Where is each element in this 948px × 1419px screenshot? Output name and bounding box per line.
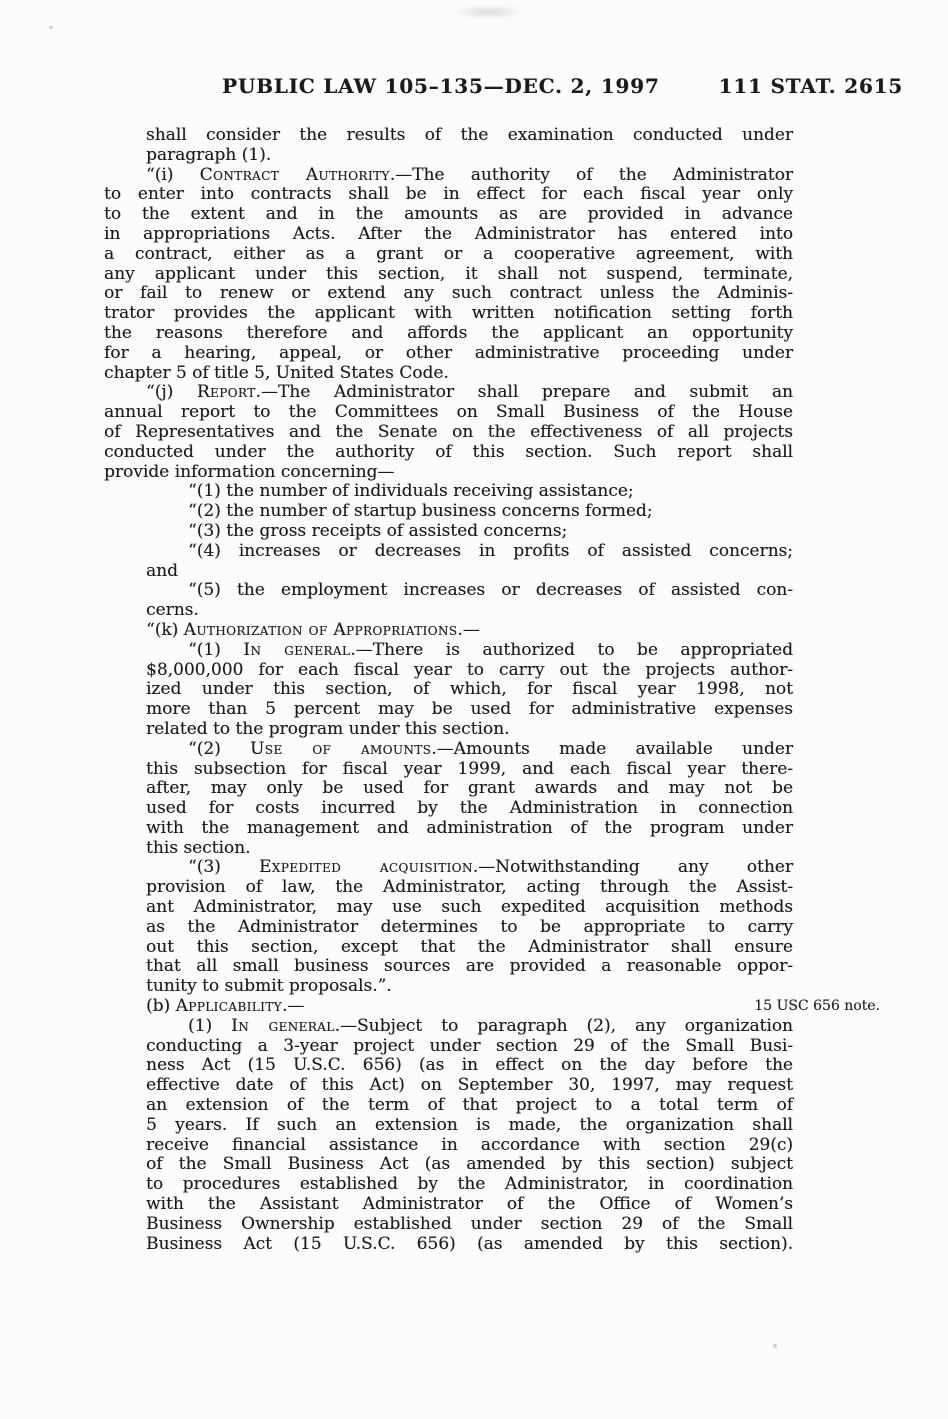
statute-line: to procedures established by the Adminis…: [146, 1175, 793, 1195]
text-run: that all small business sources are prov…: [146, 956, 793, 976]
statute-page: PUBLIC LAW 105–135—DEC. 2, 1997 111 STAT…: [0, 0, 948, 1419]
statute-line: annual report to the Committees on Small…: [104, 403, 793, 423]
text-run: “(1): [188, 640, 243, 660]
statute-line: provide information concerning—: [104, 463, 793, 483]
small-caps-heading: Contract Authority: [200, 165, 390, 185]
statute-line: that all small business sources are prov…: [146, 957, 793, 977]
small-caps-heading: In general: [231, 1016, 335, 1036]
text-run: as the Administrator determines to be ap…: [146, 917, 793, 937]
text-run: this subsection for fiscal year 1999, an…: [146, 759, 793, 779]
scan-smudge: [452, 5, 526, 19]
statute-line: $8,000,000 for each fiscal year to carry…: [146, 661, 793, 681]
statute-line: “(2) Use of amounts.—Amounts made availa…: [188, 740, 793, 760]
text-run: receive financial assistance in accordan…: [146, 1135, 793, 1155]
statute-line: used for costs incurred by the Administr…: [146, 799, 793, 819]
text-run: paragraph (1).: [146, 145, 271, 165]
statute-line: conducting a 3-year project under sectio…: [146, 1037, 793, 1057]
text-run: or fail to renew or extend any such cont…: [104, 283, 793, 303]
statute-line: to enter into contracts shall be in effe…: [104, 185, 793, 205]
statute-line: in appropriations Acts. After the Admini…: [104, 225, 793, 245]
text-run: out this section, except that the Admini…: [146, 937, 793, 957]
statute-line: paragraph (1).: [146, 146, 793, 166]
text-run: .—: [282, 996, 304, 1016]
statute-line: an extension of the term of that project…: [146, 1096, 793, 1116]
statute-line: “(k) Authorization of Appropriations.—: [146, 621, 793, 641]
statute-line: Business Act (15 U.S.C. 656) (as amended…: [146, 1235, 793, 1255]
text-run: “(3): [188, 857, 259, 877]
text-run: .—Notwithstanding any other: [473, 857, 793, 877]
text-run: more than 5 percent may be used for admi…: [146, 699, 793, 719]
text-run: shall consider the results of the examin…: [146, 125, 793, 145]
statute-line: (1) In general.—Subject to paragraph (2)…: [188, 1017, 793, 1037]
statute-line: 5 years. If such an extension is made, t…: [146, 1116, 793, 1136]
statute-line: as the Administrator determines to be ap…: [146, 918, 793, 938]
text-run: “(k): [146, 620, 184, 640]
statute-line: more than 5 percent may be used for admi…: [146, 700, 793, 720]
statute-body: shall consider the results of the examin…: [104, 126, 793, 1254]
statute-line: related to the program under this sectio…: [146, 720, 793, 740]
scan-speck: [773, 1344, 777, 1348]
statute-line: with the management and administration o…: [146, 819, 793, 839]
statute-line: with the Assistant Administrator of the …: [146, 1195, 793, 1215]
statute-line: or fail to renew or extend any such cont…: [104, 284, 793, 304]
text-run: the reasons therefore and affords the ap…: [104, 323, 793, 343]
statute-line: after, may only be used for grant awards…: [146, 779, 793, 799]
statute-line: a contract, either as a grant or a coope…: [104, 245, 793, 265]
statute-line: provision of law, the Administrator, act…: [146, 878, 793, 898]
text-run: after, may only be used for grant awards…: [146, 778, 793, 798]
statute-line: (b) Applicability.—: [146, 997, 793, 1017]
text-run: $8,000,000 for each fiscal year to carry…: [146, 660, 793, 680]
statute-line: and: [146, 562, 793, 582]
text-run: conducting a 3-year project under sectio…: [146, 1036, 793, 1056]
statute-line: “(j) Report.—The Administrator shall pre…: [146, 383, 793, 403]
statute-line: shall consider the results of the examin…: [146, 126, 793, 146]
text-run: ant Administrator, may use such expedite…: [146, 897, 793, 917]
statute-line: for a hearing, appeal, or other administ…: [104, 344, 793, 364]
text-run: for a hearing, appeal, or other administ…: [104, 343, 793, 363]
statute-line: ness Act (15 U.S.C. 656) (as in effect o…: [146, 1056, 793, 1076]
small-caps-heading: Expedited acquisition: [259, 857, 473, 877]
text-run: 5 years. If such an extension is made, t…: [146, 1115, 793, 1135]
text-run: to procedures established by the Adminis…: [146, 1174, 793, 1194]
text-run: in appropriations Acts. After the Admini…: [104, 224, 793, 244]
small-caps-heading: Report: [197, 382, 256, 402]
page-header-stat-number: 111 STAT. 2615: [719, 74, 903, 98]
text-run: tunity to submit proposals.”.: [146, 976, 392, 996]
statute-line: cerns.: [146, 601, 793, 621]
text-run: “(j): [146, 382, 197, 402]
text-run: chapter 5 of title 5, United States Code…: [104, 363, 449, 383]
text-run: to enter into contracts shall be in effe…: [104, 184, 793, 204]
text-run: cerns.: [146, 600, 199, 620]
statute-line: “(3) Expedited acquisition.—Notwithstand…: [188, 858, 793, 878]
text-run: to the extent and in the amounts as are …: [104, 204, 793, 224]
text-run: .—Amounts made available under: [431, 739, 793, 759]
small-caps-heading: In general: [243, 640, 350, 660]
text-run: with the management and administration o…: [146, 818, 793, 838]
text-run: “(4) increases or decreases in profits o…: [188, 541, 793, 561]
text-run: .—: [457, 620, 479, 640]
text-run: “(2) the number of startup business conc…: [188, 501, 653, 521]
statute-line: any applicant under this section, it sha…: [104, 265, 793, 285]
text-run: effective date of this Act) on September…: [146, 1075, 793, 1095]
text-run: an extension of the term of that project…: [146, 1095, 793, 1115]
small-caps-heading: Authorization of Appropriations: [184, 620, 458, 640]
statute-line: the reasons therefore and affords the ap…: [104, 324, 793, 344]
text-run: .—The authority of the Administrator: [390, 165, 793, 185]
statute-line: “(4) increases or decreases in profits o…: [188, 542, 793, 562]
scan-speck: [49, 26, 53, 29]
text-run: Business Ownership established under sec…: [146, 1214, 793, 1234]
text-run: provision of law, the Administrator, act…: [146, 877, 793, 897]
text-run: of the Small Business Act (as amended by…: [146, 1154, 793, 1174]
text-run: conducted under the authority of this se…: [104, 442, 793, 462]
statute-line: “(1) In general.—There is authorized to …: [188, 641, 793, 661]
text-run: this section.: [146, 838, 251, 858]
statute-line: this subsection for fiscal year 1999, an…: [146, 760, 793, 780]
statute-line: out this section, except that the Admini…: [146, 938, 793, 958]
text-run: and: [146, 561, 178, 581]
statute-line: “(i) Contract Authority.—The authority o…: [146, 166, 793, 186]
text-run: .—The Administrator shall prepare and su…: [256, 382, 793, 402]
statute-line: “(5) the employment increases or decreas…: [188, 581, 793, 601]
small-caps-heading: Applicability: [176, 996, 282, 1016]
text-run: “(1) the number of individuals receiving…: [188, 481, 634, 501]
text-run: related to the program under this sectio…: [146, 719, 509, 739]
statute-line: effective date of this Act) on September…: [146, 1076, 793, 1096]
margin-note: 15 USC 656 note.: [754, 998, 880, 1014]
page-header-law-title: PUBLIC LAW 105–135—DEC. 2, 1997: [222, 74, 660, 98]
text-run: ized under this section, of which, for f…: [146, 679, 793, 699]
statute-line: to the extent and in the amounts as are …: [104, 205, 793, 225]
statute-line: this section.: [146, 839, 793, 859]
text-run: annual report to the Committees on Small…: [104, 402, 793, 422]
statute-line: of the Small Business Act (as amended by…: [146, 1155, 793, 1175]
statute-line: conducted under the authority of this se…: [104, 443, 793, 463]
statute-line: of Representatives and the Senate on the…: [104, 423, 793, 443]
text-run: ness Act (15 U.S.C. 656) (as in effect o…: [146, 1055, 793, 1075]
text-run: .—Subject to paragraph (2), any organiza…: [335, 1016, 793, 1036]
text-run: .—There is authorized to be appropriated: [350, 640, 793, 660]
text-run: of Representatives and the Senate on the…: [104, 422, 793, 442]
statute-line: ant Administrator, may use such expedite…: [146, 898, 793, 918]
small-caps-heading: Use of amounts: [250, 739, 431, 759]
text-run: a contract, either as a grant or a coope…: [104, 244, 793, 264]
text-run: “(2): [188, 739, 250, 759]
statute-line: ized under this section, of which, for f…: [146, 680, 793, 700]
text-run: (b): [146, 996, 176, 1016]
text-run: provide information concerning—: [104, 462, 394, 482]
statute-line: “(2) the number of startup business conc…: [188, 502, 793, 522]
statute-line: receive financial assistance in accordan…: [146, 1136, 793, 1156]
text-run: any applicant under this section, it sha…: [104, 264, 793, 284]
text-run: used for costs incurred by the Administr…: [146, 798, 793, 818]
statute-line: chapter 5 of title 5, United States Code…: [104, 364, 793, 384]
text-run: Business Act (15 U.S.C. 656) (as amended…: [146, 1234, 793, 1254]
text-run: “(5) the employment increases or decreas…: [188, 580, 793, 600]
statute-line: trator provides the applicant with writt…: [104, 304, 793, 324]
text-run: “(3) the gross receipts of assisted conc…: [188, 521, 567, 541]
text-run: trator provides the applicant with writt…: [104, 303, 793, 323]
statute-line: “(1) the number of individuals receiving…: [188, 482, 793, 502]
text-run: (1): [188, 1016, 231, 1036]
statute-line: tunity to submit proposals.”.: [146, 977, 793, 997]
text-run: with the Assistant Administrator of the …: [146, 1194, 793, 1214]
statute-line: Business Ownership established under sec…: [146, 1215, 793, 1235]
text-run: “(i): [146, 165, 200, 185]
statute-line: “(3) the gross receipts of assisted conc…: [188, 522, 793, 542]
